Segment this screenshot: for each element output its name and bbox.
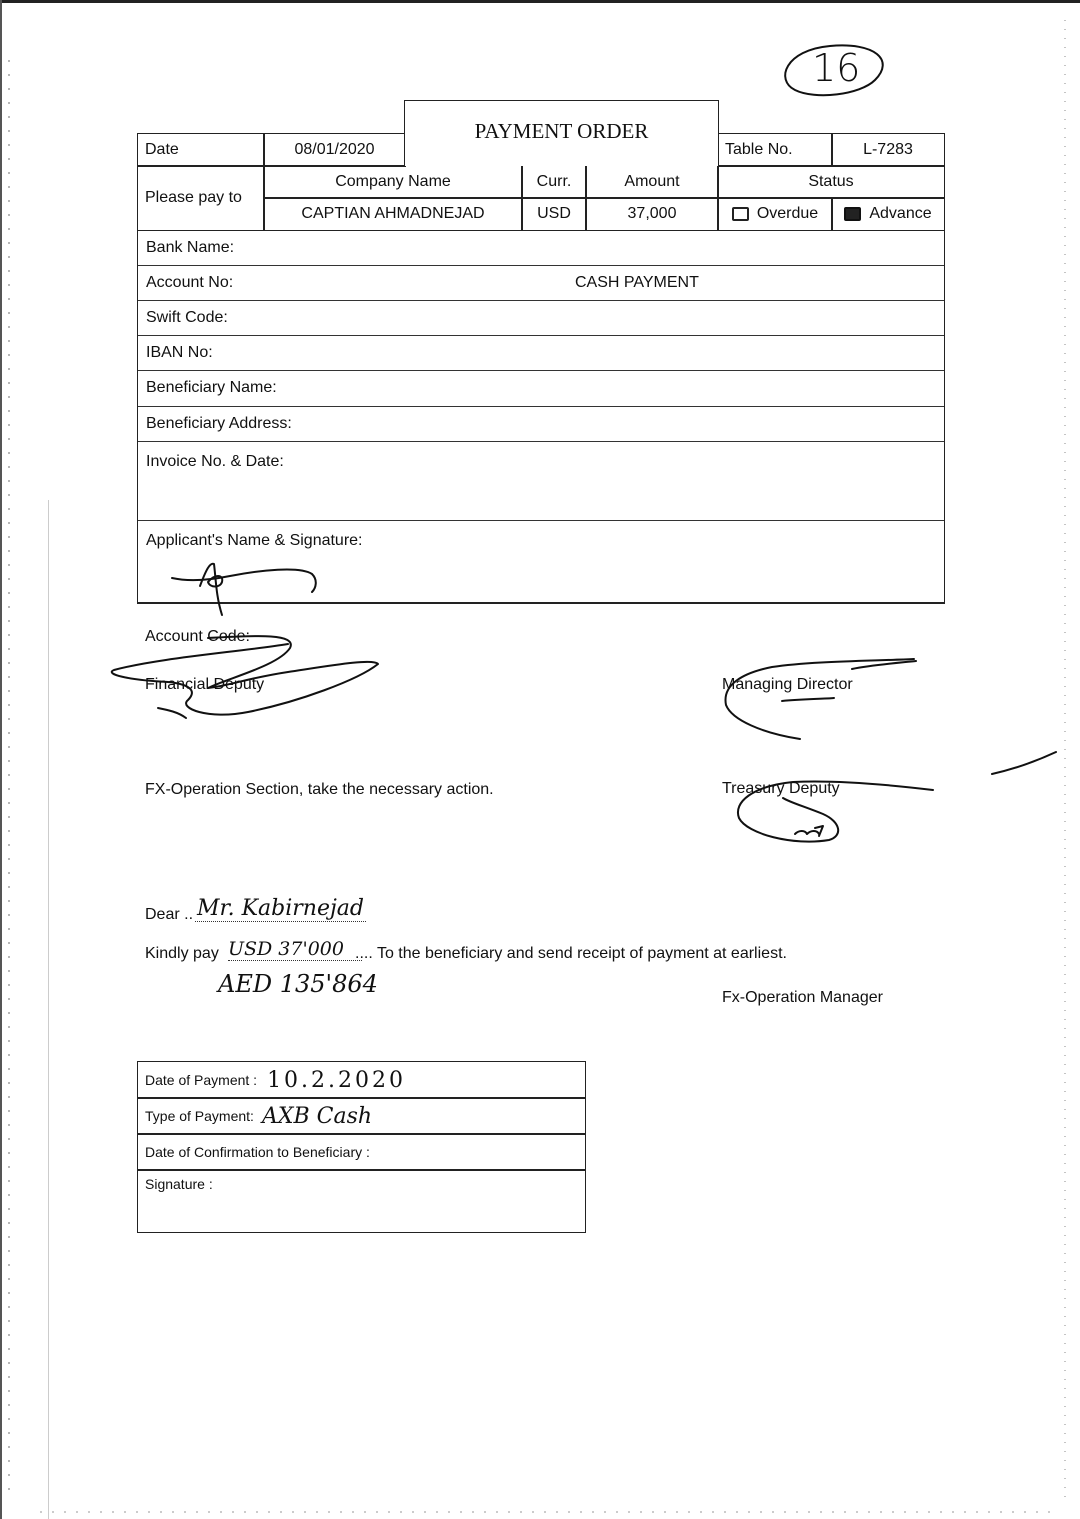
advance-checkbox-checked-icon[interactable]	[844, 207, 861, 221]
scan-edge-left	[0, 0, 2, 1519]
date-of-payment-row: Date of Payment : 10.2.2020	[137, 1061, 586, 1099]
date-label: Date	[137, 133, 265, 167]
kindly-pay-handwritten-amount: USD 37'000	[228, 938, 362, 961]
scan-noise-bottom	[40, 1511, 1060, 1513]
scan-noise-left	[8, 60, 10, 1500]
margin-stroke	[990, 750, 1060, 780]
fx-operation-manager-signoff: Fx-Operation Manager	[722, 989, 883, 1007]
invoice-label: Invoice No. & Date:	[146, 453, 284, 471]
swift-code-row: Swift Code:	[137, 300, 945, 336]
type-of-payment-label: Type of Payment:	[145, 1108, 254, 1124]
company-name-value: CAPTIAN AHMADNEJAD	[263, 197, 523, 231]
currency-header: Curr.	[521, 165, 587, 199]
account-no-value: CASH PAYMENT	[575, 274, 699, 292]
status-overdue[interactable]: Overdue	[717, 197, 833, 231]
dear-label: Dear ..	[145, 906, 193, 923]
invoice-row: Invoice No. & Date:	[137, 441, 945, 521]
aed-handwritten-amount: AED 135'864	[218, 970, 378, 998]
status-header: Status	[717, 165, 945, 199]
company-name-header: Company Name	[263, 165, 523, 199]
beneficiary-address-label: Beneficiary Address:	[146, 415, 292, 433]
currency-value: USD	[521, 197, 587, 231]
overdue-checkbox-icon[interactable]	[732, 207, 749, 221]
scan-noise-right	[1064, 20, 1066, 1500]
signature-row: Signature :	[137, 1169, 586, 1233]
table-no-value: L-7283	[831, 133, 945, 167]
fx-instruction: FX-Operation Section, take the necessary…	[145, 781, 494, 799]
bank-name-row: Bank Name:	[137, 230, 945, 266]
confirmation-date-label: Date of Confirmation to Beneficiary :	[145, 1144, 370, 1160]
page-number: 16	[812, 46, 860, 90]
managing-director-signature	[722, 655, 922, 745]
overdue-label: Overdue	[757, 205, 818, 223]
dear-line: Dear ..	[145, 906, 193, 924]
applicant-label: Applicant's Name & Signature:	[146, 532, 363, 550]
scan-noise-left-line	[48, 500, 49, 1519]
kindly-pay-label: Kindly pay	[145, 945, 219, 963]
account-no-row: Account No: CASH PAYMENT	[137, 265, 945, 301]
treasury-deputy-signature	[733, 778, 943, 848]
bank-name-label: Bank Name:	[146, 239, 234, 257]
beneficiary-address-row: Beneficiary Address:	[137, 406, 945, 442]
iban-label: IBAN No:	[146, 344, 213, 362]
advance-label: Advance	[869, 205, 931, 223]
signature-label: Signature :	[145, 1176, 213, 1192]
beneficiary-name-row: Beneficiary Name:	[137, 370, 945, 407]
type-of-payment-row: Type of Payment: AXB Cash	[137, 1097, 586, 1135]
swift-code-label: Swift Code:	[146, 309, 228, 327]
beneficiary-name-label: Beneficiary Name:	[146, 379, 277, 397]
table-no-label: Table No.	[717, 133, 833, 167]
amount-header: Amount	[585, 165, 719, 199]
amount-value: 37,000	[585, 197, 719, 231]
scan-edge-top	[0, 0, 1080, 3]
status-advance[interactable]: Advance	[831, 197, 945, 231]
date-of-payment-value: 10.2.2020	[267, 1068, 406, 1093]
dear-handwritten-name: Mr. Kabirnejad	[195, 896, 366, 922]
financial-deputy-signature	[108, 630, 388, 725]
applicant-signature	[170, 560, 320, 615]
please-pay-to-label: Please pay to	[137, 165, 265, 231]
iban-row: IBAN No:	[137, 335, 945, 371]
account-no-label: Account No:	[146, 274, 233, 292]
document-title: PAYMENT ORDER	[404, 100, 719, 166]
date-of-payment-label: Date of Payment :	[145, 1072, 257, 1088]
confirmation-date-row: Date of Confirmation to Beneficiary :	[137, 1133, 586, 1171]
kindly-pay-rest: .... To the beneficiary and send receipt…	[355, 945, 787, 963]
date-value: 08/01/2020	[263, 133, 406, 167]
type-of-payment-value: AXB Cash	[262, 1104, 372, 1129]
